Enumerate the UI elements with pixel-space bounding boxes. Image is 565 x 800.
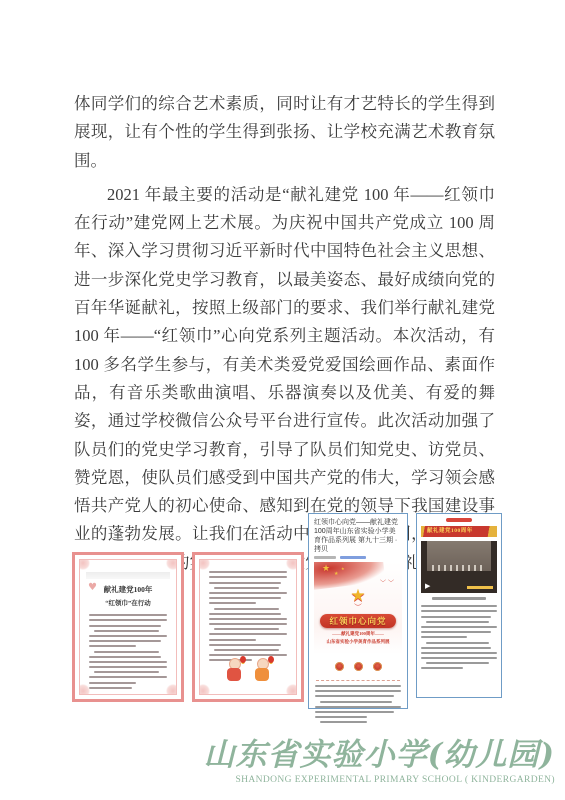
star-icon: ★ (322, 564, 330, 574)
article-date-placeholder (314, 556, 336, 559)
play-icon: ▶ (425, 582, 430, 590)
banner-subtitle-2: 山东省实验小学美育作品系列展 (314, 639, 402, 645)
cartoon-girl (254, 658, 270, 684)
floral-corner-icon (79, 684, 90, 695)
scan-artifact (86, 572, 170, 579)
cartoon-boy (226, 658, 242, 684)
notice-subtitle: “红领巾”在行动 (80, 598, 176, 607)
paragraph-continuation: 体同学们的综合艺术素质，同时让有才艺特长的学生得到展现，让有个性的学生得到张扬、… (74, 90, 495, 175)
dashed-divider (316, 680, 400, 681)
notice-page2-frame (199, 559, 297, 695)
scarf-icon: ︶ (314, 606, 402, 610)
video-overlay-text-placeholder (467, 586, 493, 589)
banner-title-ribbon: 红领巾心向党 (320, 614, 396, 628)
notice-page1-frame: ♥ 献礼建党100年 “红领巾”在行动 (79, 559, 177, 695)
article-meta (314, 556, 402, 559)
article-ribbon-heading: 献礼建党100周年 (421, 526, 497, 537)
school-name-chinese: 山东省实验小学(幼儿园) (175, 738, 555, 772)
attachment-notice-page1: ♥ 献礼建党100年 “红领巾”在行动 (72, 552, 184, 702)
main-text-block: 体同学们的综合艺术素质，同时让有才艺特长的学生得到展现，让有个性的学生得到张扬、… (74, 90, 495, 577)
star-icon: ★ (341, 566, 345, 571)
heart-icon: ♥ (88, 582, 97, 593)
footer: 山东省实验小学(幼儿园) SHANDONG EXPERIMENTAL PRIMA… (175, 738, 555, 786)
follow-us-text-placeholder (446, 518, 472, 522)
lantern-icon (240, 656, 246, 663)
attachment-wechat-article-2: 献礼建党100周年 ▶ (416, 513, 502, 698)
floral-corner-icon (286, 559, 297, 570)
red-badge-icon (354, 662, 363, 671)
attachment-notice-page2 (192, 552, 304, 702)
article-banner-image: ★ ★ ★ ﹀﹀ ★ ︶ 红领巾心向党 ——献礼建党100周年—— 山东省实验小… (314, 562, 402, 654)
floral-corner-icon (166, 684, 177, 695)
cartoon-children-illustration (200, 658, 296, 688)
floral-corner-icon (79, 559, 90, 570)
cartoon-body (227, 668, 241, 681)
lantern-icon (268, 656, 274, 663)
article-title: 红领巾心向党——献礼建党100周年山东省实验小学美育作品系列展 第九十三期 · … (314, 518, 402, 554)
article-link-placeholder (340, 556, 366, 559)
video-thumbnail: ▶ (421, 541, 497, 593)
floral-corner-icon (166, 559, 177, 570)
red-badge-icon (373, 662, 382, 671)
attachment-wechat-article-1: 红领巾心向党——献礼建党100周年山东省实验小学美育作品系列展 第九十三期 · … (308, 513, 408, 709)
notice-body-lines (80, 607, 176, 689)
red-scarf-star-emblem: ★ ︶ (314, 586, 402, 610)
red-badge-icon (335, 662, 344, 671)
article-body-lines (421, 600, 497, 669)
cartoon-body (255, 668, 269, 681)
section-badge-icons (314, 658, 402, 676)
notice-body-lines (200, 560, 296, 661)
scanned-document-page: { "doc": { "p1": "体同学们的综合艺术素质，同时让有才艺特长的学… (0, 0, 565, 800)
star-icon: ★ (334, 571, 338, 577)
school-name-english: SHANDONG EXPERIMENTAL PRIMARY SCHOOL ( K… (175, 774, 555, 786)
banner-subtitle-1: ——献礼建党100周年—— (314, 631, 402, 637)
article-body-lines (314, 685, 402, 723)
performers-row (432, 565, 487, 571)
